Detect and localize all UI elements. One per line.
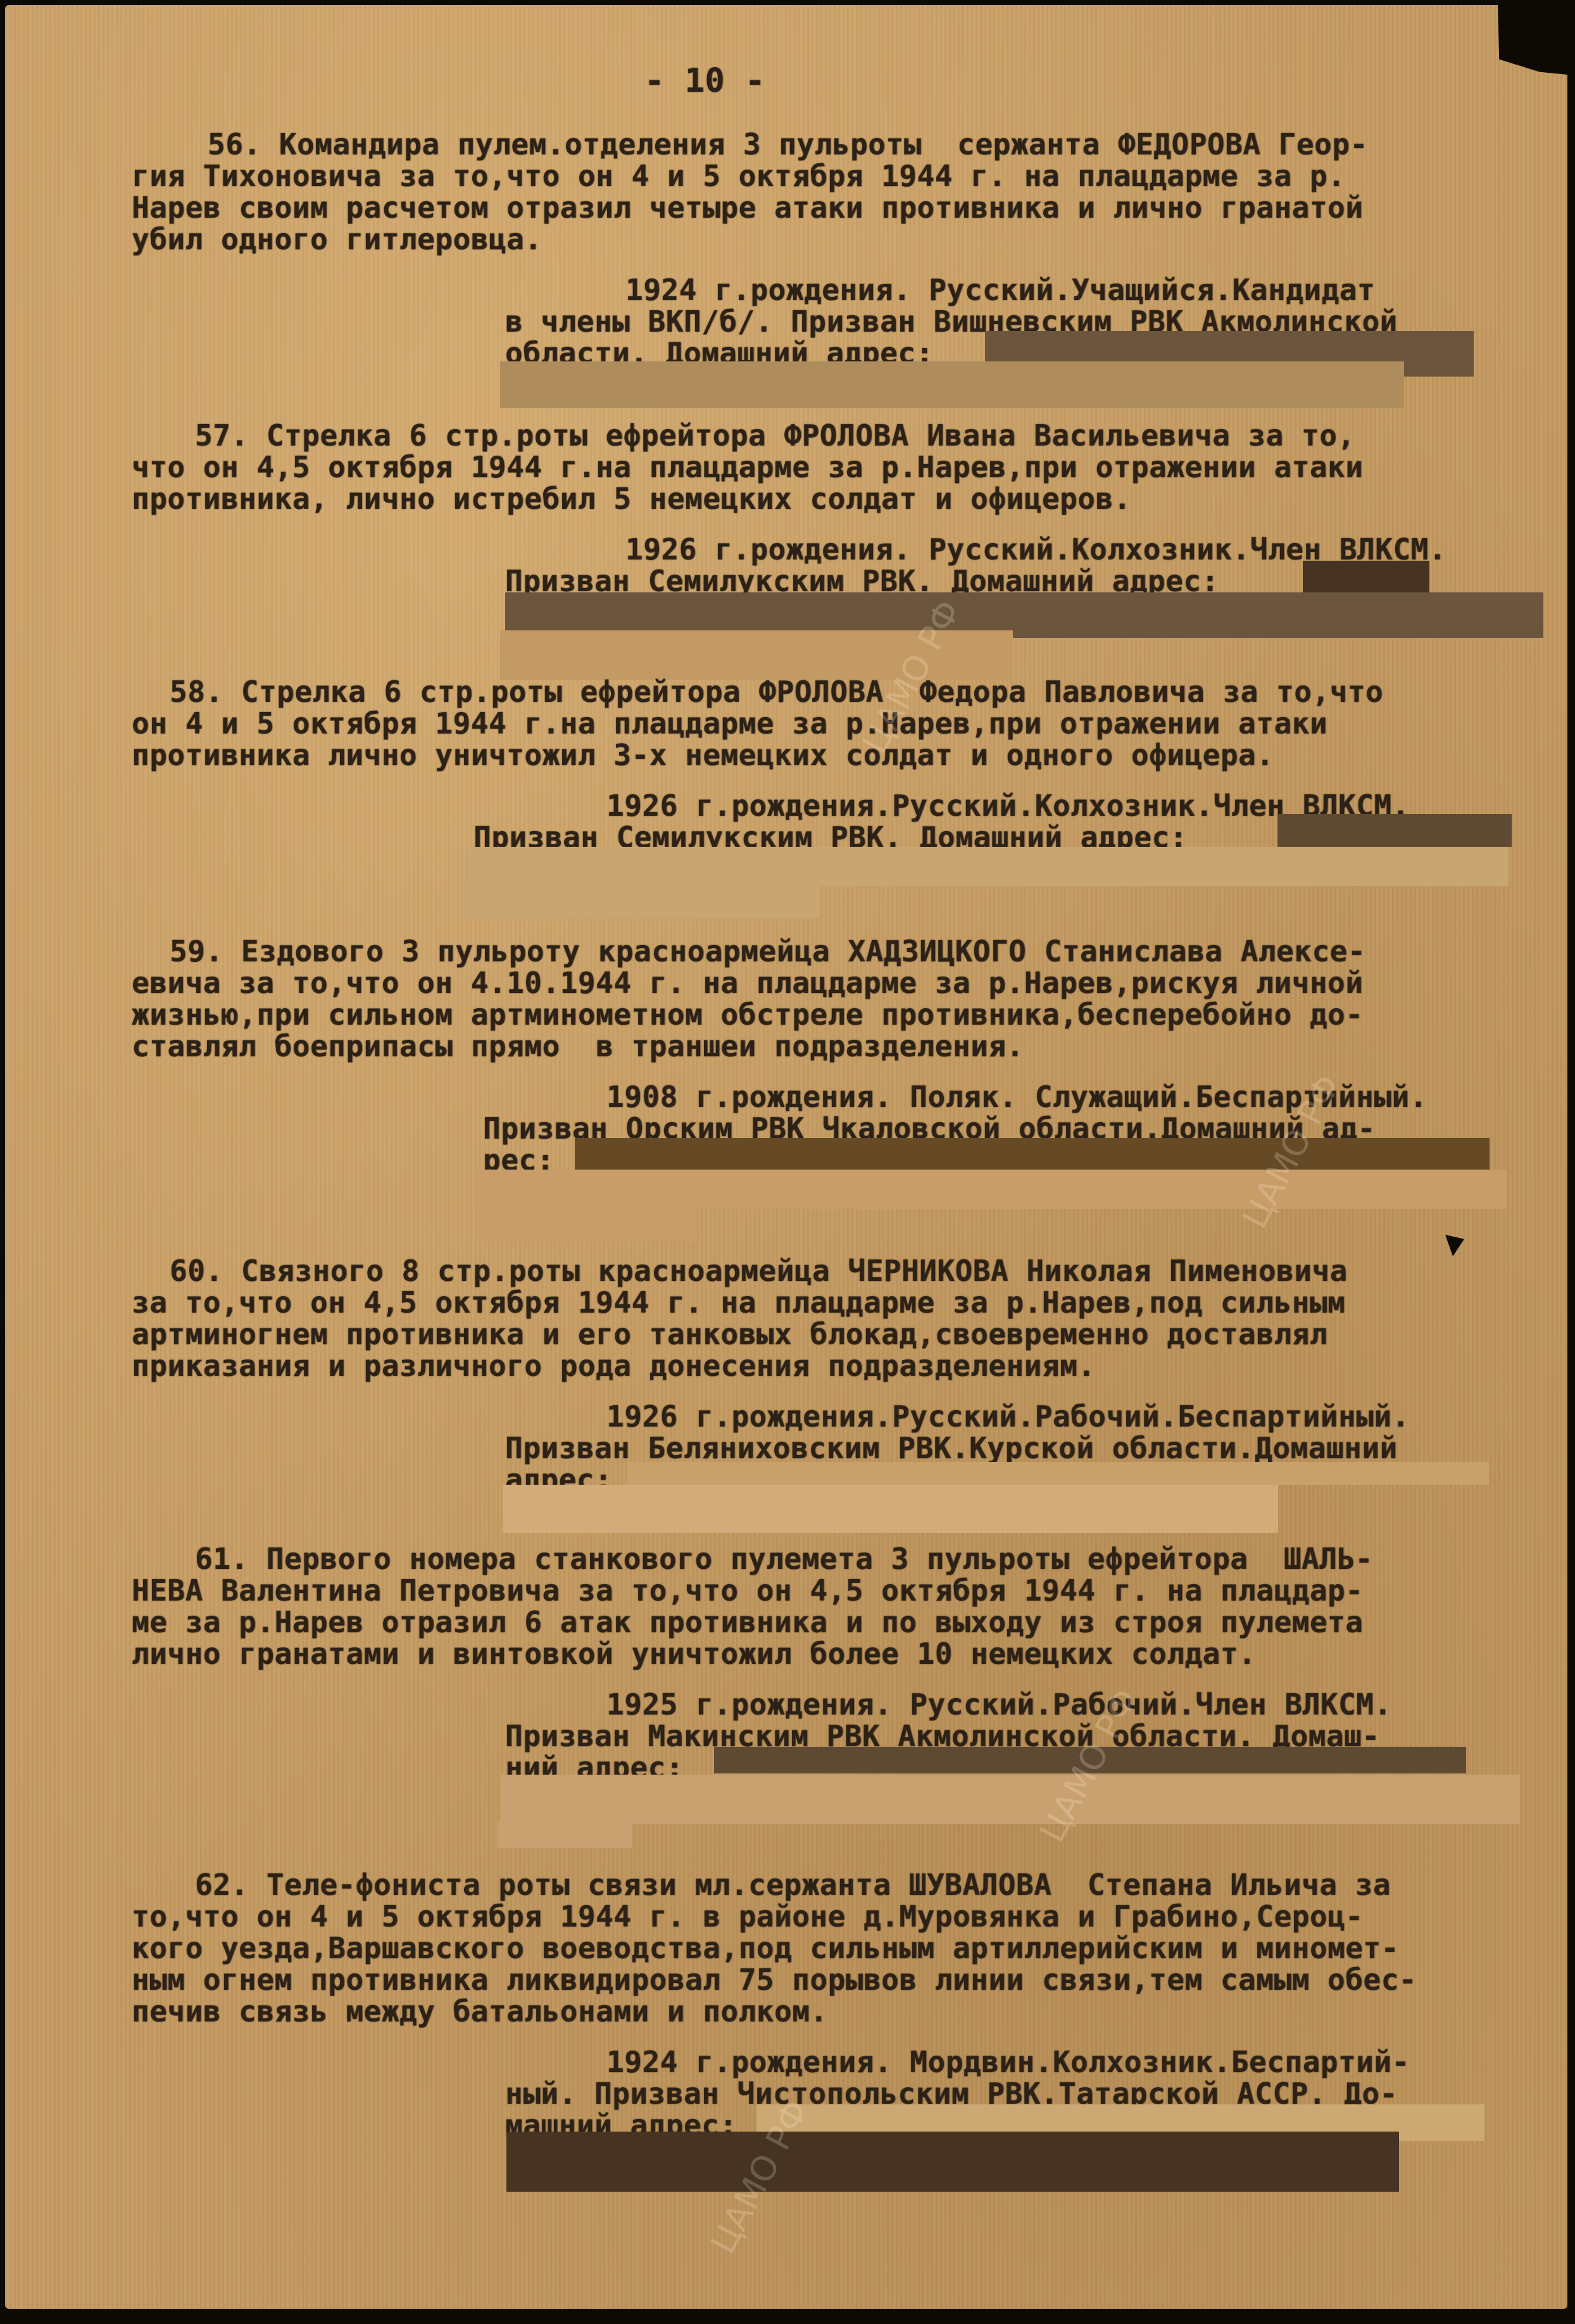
paper-hole [1445,1235,1464,1256]
entry-line: 60. Связного 8 стр.роты красноармейца ЧЕ… [132,1255,1531,1287]
bio-line: Призван Беляниховским РВК.Курской област… [505,1432,1398,1464]
entry-line: 62. Теле-фониста роты связи мл.сержанта … [132,1869,1556,1901]
entry-line: кого уезда,Варшавского воеводства,под си… [132,1932,1493,1964]
redaction-box [475,1170,1507,1209]
entry-line: 57. Стрелка 6 стр.роты ефрейтора ФРОЛОВА… [132,420,1556,451]
redaction-box [500,361,1404,408]
bio-line: 1925 г.рождения. Русский.Рабочий.Член ВЛ… [606,1689,1392,1720]
entry-line: за то,что он 4,5 октября 1944 г. на плац… [132,1287,1493,1318]
entry-line: ставлял боеприпасы прямо в траншеи подра… [132,1030,1493,1062]
redaction-box [467,847,1509,886]
entry-line: 59. Ездового 3 пульроту красноармейца ХА… [132,935,1531,967]
entry-line: артминогнем противника и его танковых бл… [132,1318,1493,1350]
entry-line: противника лично уничтожил 3-х немецких … [132,739,1493,771]
entry-line: то,что он 4 и 5 октября 1944 г. в районе… [132,1901,1493,1932]
entry-line: жизнью,при сильном артминометном обстрел… [132,999,1493,1030]
entry-line: приказания и различного рода донесения п… [132,1350,1493,1382]
redaction-box [1303,561,1429,592]
redaction-box [479,1204,697,1242]
entry-line: ным огнем противника ликвидировал 75 пор… [132,1964,1493,1996]
page-number: - 10 - [644,65,765,97]
entry-line: евича за то,что он 4.10.1944 г. на плацд… [132,967,1493,999]
entry-line: ме за р.Нарев отразил 6 атак противника … [132,1606,1493,1638]
torn-corner [1498,5,1567,75]
redaction-box [1277,814,1512,847]
entry-line: противника, лично истребил 5 немецких со… [132,483,1493,515]
entry-line: НЕВА Валентина Петровича за то,что он 4,… [132,1575,1493,1606]
entry-line: 58. Стрелка 6 стр.роты ефрейтора ФРОЛОВА… [132,676,1531,708]
redaction-box [462,882,820,918]
entry-line: гия Тихоновича за то,что он 4 и 5 октябр… [132,160,1493,192]
redaction-box [627,1462,1489,1485]
archival-document-page: - 10 - 56. Командира пулем.отделения 3 п… [5,5,1567,2309]
entry-line: он 4 и 5 октября 1944 г.на плацдарме за … [132,708,1493,739]
entry-line: 61. Первого номера станкового пулемета 3… [132,1543,1556,1575]
redaction-box [501,1775,1520,1824]
entry-line: 56. Командира пулем.отделения 3 пульроты… [132,128,1569,160]
entry-line: убил одного гитлеровца. [132,223,1493,255]
entry-line: печив связь между батальонами и полком. [132,1996,1493,2027]
redaction-box [503,1485,1278,1533]
redaction-box [498,1821,632,1848]
entry-line: что он 4,5 октября 1944 г.на плацдарме з… [132,451,1493,483]
bio-line: 1924 г.рождения. Русский.Учащийся.Кандид… [625,274,1375,306]
entry-line: Нарев своим расчетом отразил четыре атак… [132,192,1493,223]
redaction-box [575,1138,1490,1171]
redaction-box [506,2132,1399,2192]
entry-line: лично гранатами и винтовкой уничтожил бо… [132,1638,1493,1670]
bio-line: 1924 г.рождения. Мордвин.Колхозник.Беспа… [606,2046,1410,2078]
bio-line: 1926 г.рождения.Русский.Рабочий.Беспарти… [606,1401,1410,1432]
